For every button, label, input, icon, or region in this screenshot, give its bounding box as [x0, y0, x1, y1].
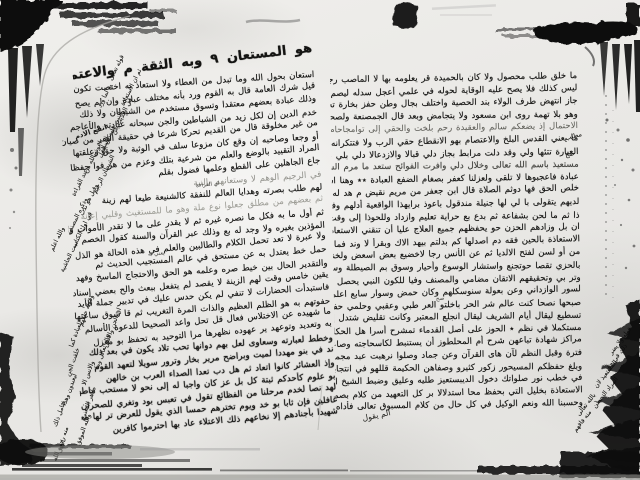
right-page: ما خلق طلب محصول ولا كان بالحميدة قر يعل… [330, 70, 583, 414]
manuscript-text-line: وبلغ حفظكم المسيحور زكور كثيرو وصفاهن ال… [335, 360, 582, 375]
left-page: هو المستعان ٩ وبه الثقة م والاعتماد الم … [57, 42, 339, 438]
manuscript-text-line: بالحزي تقصا حوتجنع واستشار الوسوع وأحيار… [333, 260, 580, 275]
manuscript-text-line: وهو بلا تهمة روى ابن مسعود ولا يتجامض وب… [331, 109, 578, 124]
margin-gloss-line: منه رحمه الله [52, 426, 71, 462]
margin-note-line: منه فافهم [571, 409, 592, 434]
manuscript-scan: هو المستعان ٩ وبه الثقة م والاعتماد الم … [0, 0, 640, 480]
interlinear-gloss: يعني به [148, 250, 165, 257]
manuscript-text-line: ذا ثم ما لحن بشفاعة ثم بدع بع حراية تعلي… [332, 209, 579, 224]
margin-note-line: قوله ولا يضر [608, 326, 634, 356]
margin-note-line: المراد التحصن [591, 376, 619, 410]
margin-gloss-line: انتهى [56, 439, 67, 454]
margin-note-line: ذلك في حق [604, 343, 629, 372]
margin-note-line: المستعيذ لان [593, 359, 619, 390]
interlinear-gloss: صح [436, 296, 445, 302]
margin-gloss-line: والله اعلم [49, 226, 67, 252]
right-page-text-block: ما خلق طلب محصول ولا كان بالحميدة قر يعل… [330, 70, 583, 414]
margin-gloss-line: ليعبدون وهذا [61, 373, 79, 407]
margin-gloss-line: فتامل ذلك [51, 400, 67, 428]
